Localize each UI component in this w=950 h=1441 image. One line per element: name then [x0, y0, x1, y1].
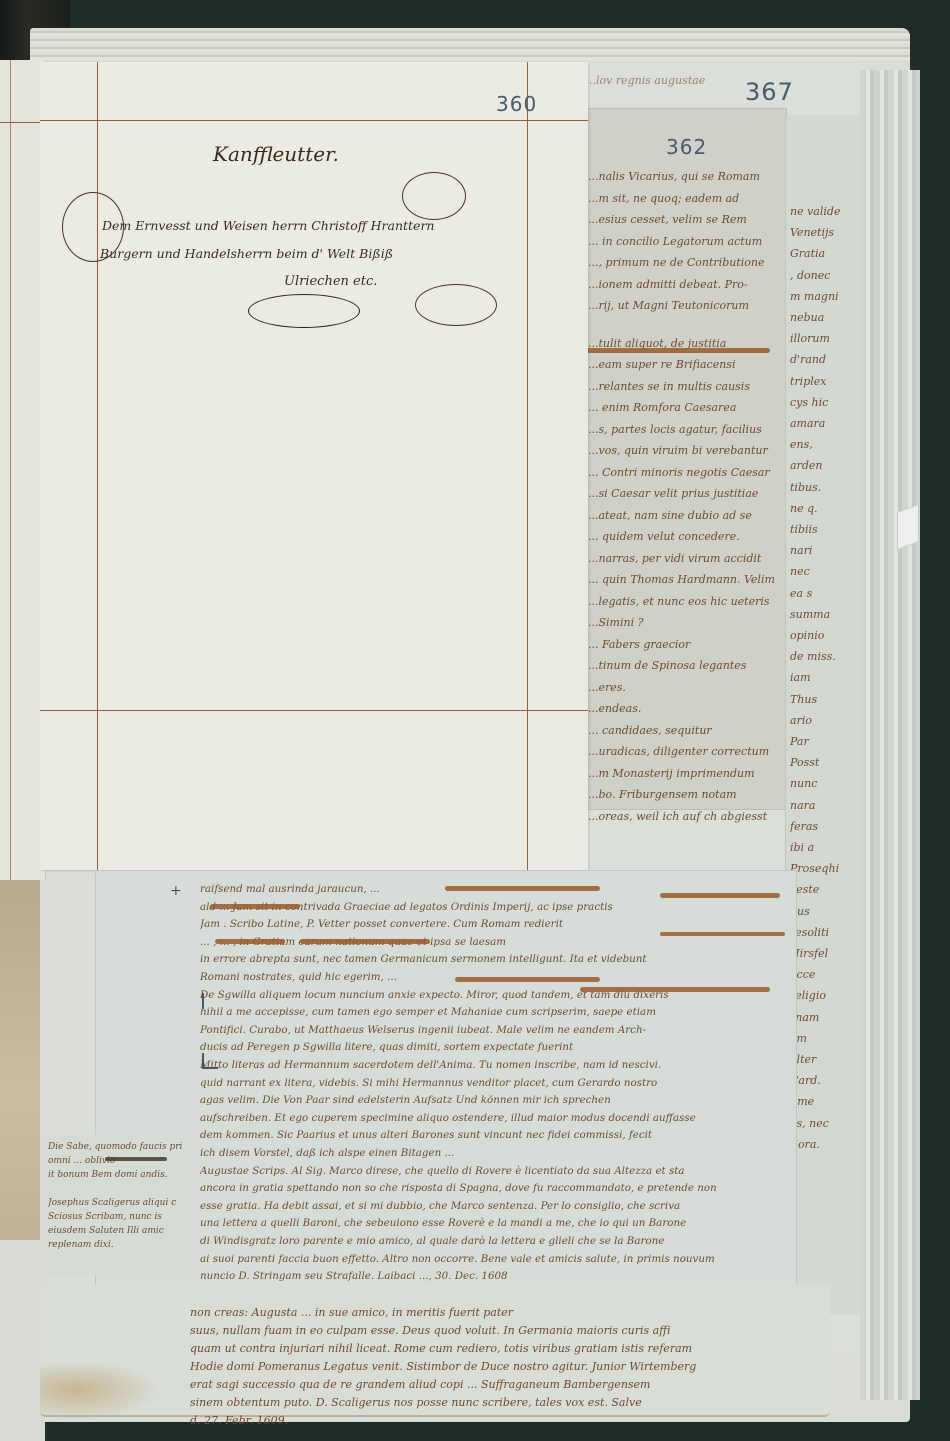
- handwritten-line: ai suoi parenti faccia buon effetto. Alt…: [200, 1252, 790, 1266]
- handwritten-line: ...uradicas, diligenter correctum: [588, 745, 778, 759]
- handwritten-line: rnam: [790, 1011, 850, 1025]
- handwritten-line: ...narras, per vidi virum accidit: [588, 552, 778, 566]
- handwritten-line: de miss.: [790, 650, 850, 664]
- handwritten-line: feras: [790, 820, 850, 834]
- handwritten-line: ne valide: [790, 205, 850, 219]
- handwritten-line: resoliti: [790, 926, 850, 940]
- handwritten-line: ...s, partes locis agatur, facilius: [588, 423, 778, 437]
- ledger-margin-rule-right: [527, 62, 528, 870]
- handwritten-line: nihil a me accepisse, cum tamen ego semp…: [200, 1005, 790, 1019]
- handwritten-line: alter: [790, 1053, 850, 1067]
- handwritten-line: religio: [790, 989, 850, 1003]
- handwritten-line: ...ionem admitti debeat. Pro-: [588, 278, 778, 292]
- handwritten-line: nara: [790, 799, 850, 813]
- handwritten-line: ... Fabers graecior: [588, 638, 778, 652]
- handwritten-line: ea s: [790, 587, 850, 601]
- handwritten-line: Jam . Scribo Latine, P. Vetter posset co…: [200, 917, 790, 931]
- handwritten-line: tibiis: [790, 523, 850, 537]
- left-page-bottom: [0, 1240, 45, 1441]
- handwritten-line: Card.: [790, 1074, 850, 1088]
- handwritten-line: ...nalis Vicarius, qui se Romam: [588, 170, 778, 184]
- handwritten-line: Posst: [790, 756, 850, 770]
- handwritten-line: es, nec: [790, 1117, 850, 1131]
- handwritten-line: ens,: [790, 438, 850, 452]
- handwritten-line: una lettera a quelli Baroni, che sebeuio…: [200, 1216, 790, 1230]
- handwritten-line: ...tinum de Spinosa legantes: [588, 659, 778, 673]
- handwritten-line: nunc: [790, 777, 850, 791]
- handwritten-line: opinio: [790, 629, 850, 643]
- handwritten-line: nec: [790, 565, 850, 579]
- ledger-sheet-360: 360 Kanffleutter. Dem Ernvesst und Weise…: [40, 62, 588, 870]
- page-stack-right-edge: [860, 70, 920, 1400]
- folio-number-362: 362: [666, 135, 707, 159]
- cross-mark: +: [170, 883, 182, 899]
- sheet-367-header-text: …lov regnis augustae: [585, 74, 705, 87]
- handwritten-line: ... in concilio Legatorum actum: [588, 235, 778, 249]
- handwritten-line: ... quidem velut concedere.: [588, 530, 778, 544]
- handwritten-line: ... enim Romfora Caesarea: [588, 401, 778, 415]
- handwritten-line: ... candidaes, sequitur: [588, 724, 778, 738]
- handwritten-line: ...rij, ut Magni Teutonicorum: [588, 299, 778, 313]
- handwritten-line: illorum: [790, 332, 850, 346]
- handwritten-line: Proseqhi: [790, 862, 850, 876]
- handwritten-line: ne q.: [790, 502, 850, 516]
- handwritten-line: ...endeas.: [588, 702, 778, 716]
- strikethrough-mark: [660, 893, 780, 898]
- handwritten-line: quam ut contra injuriari nihil liceat. R…: [190, 1342, 810, 1356]
- handwritten-line: tibus.: [790, 481, 850, 495]
- handwritten-line: iam: [790, 671, 850, 685]
- handwritten-line: ...legatis, et nunc eos hic ueteris: [588, 595, 778, 609]
- handwritten-line: cys hic: [790, 396, 850, 410]
- handwritten-line: Gratia: [790, 247, 850, 261]
- strikethrough-mark: [300, 939, 430, 944]
- handwritten-line: Augustae Scrips. Al Sig. Marco direse, c…: [200, 1164, 790, 1178]
- left-page-stained-strip: [0, 880, 40, 1240]
- handwritten-line: quid narrant ex litera, videbis. Si mihi…: [200, 1076, 790, 1090]
- ledger-address-line-3: Ulriechen etc.: [284, 274, 377, 289]
- handwritten-line: dem kommen. Sic Paarius et unus alteri B…: [200, 1128, 790, 1142]
- strikethrough-mark: [580, 348, 770, 353]
- handwritten-line: Pontifici. Curabo, ut Matthaeus Welserus…: [200, 1023, 790, 1037]
- handwritten-line: erat sagi successio qua de re grandem al…: [190, 1378, 810, 1392]
- handwritten-line: ancora in gratia spettando non so che ri…: [200, 1181, 790, 1195]
- ledger-top-rule: [40, 120, 588, 121]
- strikethrough-mark: [455, 977, 600, 982]
- handwritten-line: Par: [790, 735, 850, 749]
- handwritten-line: , donec: [790, 269, 850, 283]
- handwritten-line: ...si Caesar velit prius justitiae: [588, 487, 778, 501]
- handwritten-line: ...m sit, ne quoq; eadem ad: [588, 192, 778, 206]
- handwritten-line: non creas: Augusta ... in sue amico, in …: [190, 1306, 810, 1320]
- handwritten-line: ...bo. Friburgensem notam: [588, 788, 778, 802]
- handwritten-line: arden: [790, 459, 850, 473]
- handwritten-line: acce: [790, 968, 850, 982]
- handwritten-line: Mitto literas ad Hermannum sacerdotem de…: [200, 1058, 790, 1072]
- handwritten-line: in errore abrepta sunt, nec tamen German…: [200, 952, 790, 966]
- strikethrough-mark: [580, 987, 770, 992]
- handwritten-line: ...m Monasterij imprimendum: [588, 767, 778, 781]
- handwritten-line: it bonum Bem domi andis.: [48, 1168, 193, 1182]
- handwritten-line: d'rand: [790, 353, 850, 367]
- handwritten-line: ceste: [790, 883, 850, 897]
- folio-number-367: 367: [745, 78, 794, 106]
- strikethrough-mark: [210, 904, 300, 909]
- handwritten-line: Venetijs: [790, 226, 850, 240]
- ledger-heading: Kanffleutter.: [213, 142, 339, 166]
- handwritten-line: d. 27. Febr. 1609.: [190, 1414, 810, 1428]
- signature-flourish: [248, 294, 360, 328]
- handwritten-line: ...ateat, nam sine dubio ad se: [588, 509, 778, 523]
- ledger-address-line-1: Dem Ernvesst und Weisen herrn Christoff …: [102, 218, 434, 233]
- handwritten-line: ...esius cesset, velim se Rem: [588, 213, 778, 227]
- ledger-margin-rule-left: [97, 62, 98, 870]
- folio-number-360: 360: [496, 92, 537, 116]
- water-stain: [40, 1360, 160, 1420]
- right-flourish: [415, 284, 497, 326]
- handwritten-line: amara: [790, 417, 850, 431]
- strikethrough-mark: [215, 939, 285, 944]
- handwritten-line: Thus: [790, 693, 850, 707]
- handwritten-line: ...vos, quin viruim bi verebantur: [588, 444, 778, 458]
- handwritten-line: suus, nullam fuam in eo culpam esse. Deu…: [190, 1324, 810, 1338]
- handwritten-line: ich disem Vorstel, daß ich alspe einen B…: [200, 1146, 790, 1160]
- handwritten-line: ...eres.: [588, 681, 778, 695]
- handwritten-line: Josephus Scaligerus aliqui c: [48, 1196, 193, 1210]
- handwritten-line: nari: [790, 544, 850, 558]
- handwritten-line: am: [790, 1032, 850, 1046]
- handwritten-line: ..., primum ne de Contributione: [588, 256, 778, 270]
- handwritten-line: sinem obtentum puto. D. Scaligerus nos p…: [190, 1396, 810, 1410]
- handwritten-line: nuncio D. Stringam seu Strafalle. Laibac…: [200, 1269, 790, 1283]
- ledger-bottom-rule: [40, 710, 588, 711]
- left-page-margin-rule: [10, 60, 11, 880]
- folded-paper-tab: [897, 504, 919, 550]
- handwritten-line: pus: [790, 905, 850, 919]
- handwritten-line: ...relantes se in multis causis: [588, 380, 778, 394]
- left-page-rule: [0, 122, 40, 123]
- handwritten-line: Hirsfel: [790, 947, 850, 961]
- handwritten-line: ... , ... , in Gratiam earum nationum qu…: [200, 935, 790, 949]
- handwritten-line: ...eam super re Brifiacensi: [588, 358, 778, 372]
- handwritten-line: esse gratia. Ha debit assai, et si mi du…: [200, 1199, 790, 1213]
- handwritten-line: m magni: [790, 290, 850, 304]
- ledger-address-line-2: Burgern und Handelsherrn beim d' Welt Bi…: [100, 246, 393, 261]
- upper-flourish: [402, 172, 466, 220]
- handwritten-line: agas velim. Die Von Paar sind edelsterin…: [200, 1093, 790, 1107]
- strikethrough-mark: [105, 1157, 167, 1161]
- handwritten-line: ...Simini ?: [588, 616, 778, 630]
- handwritten-line: ...oreas, weil ich auf ch abgiesst: [588, 810, 778, 824]
- handwritten-line: ario: [790, 714, 850, 728]
- handwritten-line: tiora.: [790, 1138, 850, 1152]
- handwritten-line: aufschreiben. Et ego cuperem specimine a…: [200, 1111, 790, 1125]
- handwritten-line: eiusdem Saluten Illi amic: [48, 1224, 193, 1238]
- handwritten-line: di Windisgratz loro parente e mio amico,…: [200, 1234, 790, 1248]
- handwritten-line: ducis ad Peregen p Sgwilla litere, quas …: [200, 1040, 790, 1054]
- handwritten-line: ; me: [790, 1095, 850, 1109]
- handwritten-line: triplex: [790, 375, 850, 389]
- handwritten-line: Die Sabe, quomodo faucis pri: [48, 1140, 193, 1154]
- handwritten-line: summa: [790, 608, 850, 622]
- handwritten-line: Hodie domi Pomeranus Legatus venit. Sist…: [190, 1360, 810, 1374]
- handwritten-line: replenam dixi.: [48, 1238, 193, 1252]
- strikethrough-mark: [660, 932, 785, 936]
- handwritten-line: ... quin Thomas Hardmann. Velim: [588, 573, 778, 587]
- handwritten-line: Sciosus Scribam, nunc is: [48, 1210, 193, 1224]
- handwritten-line: ... Contri minoris negotis Caesar: [588, 466, 778, 480]
- handwritten-line: ibi a: [790, 841, 850, 855]
- handwritten-line: nebua: [790, 311, 850, 325]
- strikethrough-mark: [445, 886, 600, 891]
